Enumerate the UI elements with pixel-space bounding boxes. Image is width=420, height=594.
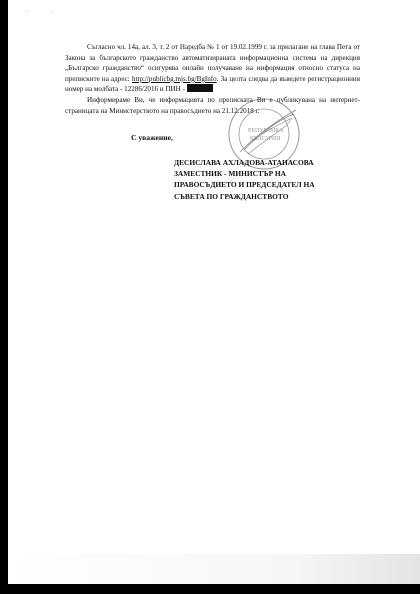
- paragraph-status-info: Съгласно чл. 14а, ал. 3, т. 2 от Наредба…: [65, 42, 360, 95]
- scan-speck: ·: [26, 9, 28, 15]
- letter-body: Съгласно чл. 14а, ал. 3, т. 2 от Наредба…: [65, 42, 360, 116]
- signatory-title-1: ЗАМЕСТНИК - МИНИСТЪР НА: [174, 168, 374, 179]
- pin-redaction-box: [187, 84, 213, 92]
- closing-salutation: С уважение,: [131, 133, 173, 142]
- signatory-title-3: СЪВЕТА ПО ГРАЖДАНСТВОТО: [174, 191, 374, 202]
- paragraph-publication-info: Информираме Ви, че информацията по препи…: [65, 95, 360, 116]
- scan-speck: ·: [51, 9, 53, 15]
- scanned-page: · · Съгласно чл. 14а, ал. 3, т. 2 от Нар…: [8, 0, 420, 584]
- signatory-name: ДЕСИСЛАВА АХЛАДОВА-АТАНАСОВА: [174, 157, 374, 168]
- scan-shading: [8, 554, 420, 584]
- signatory-title-2: ПРАВОСЪДИЕТО И ПРЕДСЕДАТЕЛ НА: [174, 179, 374, 190]
- bginfo-link[interactable]: http://publicbg.mjs.bg/BgInfo: [132, 75, 217, 83]
- signatory-block: ДЕСИСЛАВА АХЛАДОВА-АТАНАСОВА ЗАМЕСТНИК -…: [174, 157, 374, 202]
